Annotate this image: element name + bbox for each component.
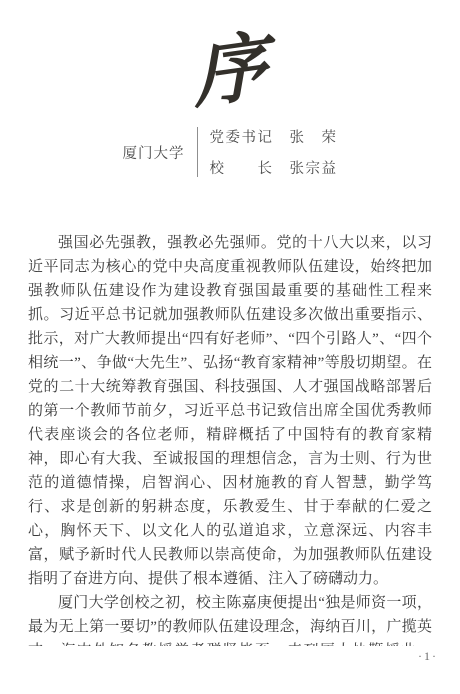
signature-block: 厦门大学 党委书记 张 荣校 长 张宗益 <box>0 126 460 178</box>
signature-line: 校 长 张宗益 <box>210 157 338 178</box>
preface-title-calligraphy: 序 <box>190 17 270 127</box>
signature-line: 党委书记 张 荣 <box>210 126 338 147</box>
signature-divider <box>197 127 198 177</box>
body-paragraph: 厦门大学创校之初，校主陈嘉庚便提出“独是师资一项，最为无上第一要切”的教师队伍建… <box>28 591 432 646</box>
signature-lines: 党委书记 张 荣校 长 张宗益 <box>210 126 338 178</box>
preface-title-area: 序 <box>0 22 460 122</box>
preface-page: 序 厦门大学 党委书记 张 荣校 长 张宗益 强国必先强教，强教必先强师。党的十… <box>0 0 460 694</box>
institution-name: 厦门大学 <box>123 142 185 163</box>
body-text: 强国必先强教，强教必先强师。党的十八大以来，以习近平同志为核心的党中央高度重视教… <box>28 231 432 646</box>
page-number: ·1· <box>418 649 438 664</box>
body-paragraph: 强国必先强教，强教必先强师。党的十八大以来，以习近平同志为核心的党中央高度重视教… <box>28 231 432 591</box>
